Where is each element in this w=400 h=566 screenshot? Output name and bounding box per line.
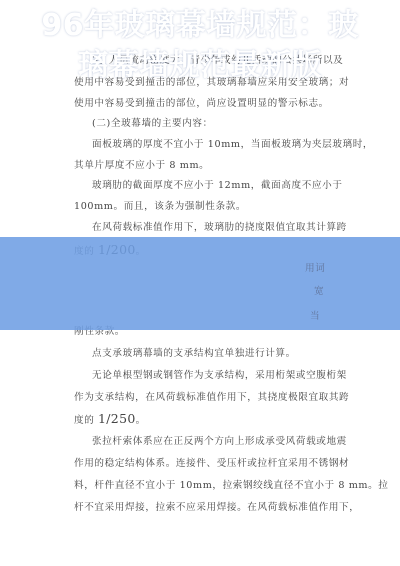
- document-line: 作用的稳定结构体系。连接件、受压杆或拉杆宜采用不锈钢材: [74, 458, 330, 470]
- document-page: 3、人员流动密度大、青少年或幼儿活动的公共场所以及使用中容易受到撞击的部位，其玻…: [0, 0, 400, 566]
- document-line: 无论单根型钢或钢管作为支承结构，采用桁架或空腹桁架: [92, 370, 348, 382]
- document-line: (二)全玻幕墙的主要内容：: [92, 118, 348, 130]
- document-line: 玻璃肋的截面厚度不应小于 12mm，截面高度不应小于: [92, 180, 348, 192]
- document-line: 面板玻璃的厚度不宜小于 10mm，当面板玻璃为夹层玻璃时，: [92, 139, 348, 151]
- document-line: 100mm。而且，该条为强制性条款。: [74, 201, 330, 213]
- document-line: 料，杆件直径不宜小于 10mm，拉索钢绞线直径不宜小于 8 mm。拉: [74, 480, 330, 492]
- document-line: 点支承玻璃幕墙的支承结构宜单独进行计算。: [92, 348, 348, 360]
- document-line: 使用中容易受到撞击的部位，尚应设置明显的警示标志。: [74, 98, 330, 110]
- document-line: 其单片厚度不应小于 8 mm。: [74, 160, 330, 172]
- obscured-text-fragment: 当: [310, 311, 320, 323]
- ratio-value: 1/250: [98, 411, 136, 426]
- document-line: 杆不宜采用焊接，拉索不应采用焊接。在风荷载标准值作用下，: [74, 502, 330, 514]
- document-line: 作为支承结构，在风荷载标准值作用下，其挠度极限宜取其跨: [74, 392, 330, 404]
- title-banner: [0, 237, 400, 330]
- obscured-text-fragment: 宽: [314, 286, 324, 298]
- banner-title-line-2: 璃幕墙规范最新版: [0, 46, 400, 86]
- banner-title: 96年玻璃幕墙规范：玻 璃幕墙规范最新版: [0, 0, 400, 93]
- document-line: 张拉杆索体系应在正反两个方向上形成承受风荷载或地震: [92, 436, 348, 448]
- document-line: 在风荷载标准值作用下，玻璃肋的挠度限值宜取其计算跨: [92, 222, 348, 234]
- obscured-text-fragment: 用词: [305, 263, 325, 275]
- banner-title-line-1: 96年玻璃幕墙规范：玻: [0, 6, 400, 46]
- document-line: 度的 1/250。: [74, 413, 330, 427]
